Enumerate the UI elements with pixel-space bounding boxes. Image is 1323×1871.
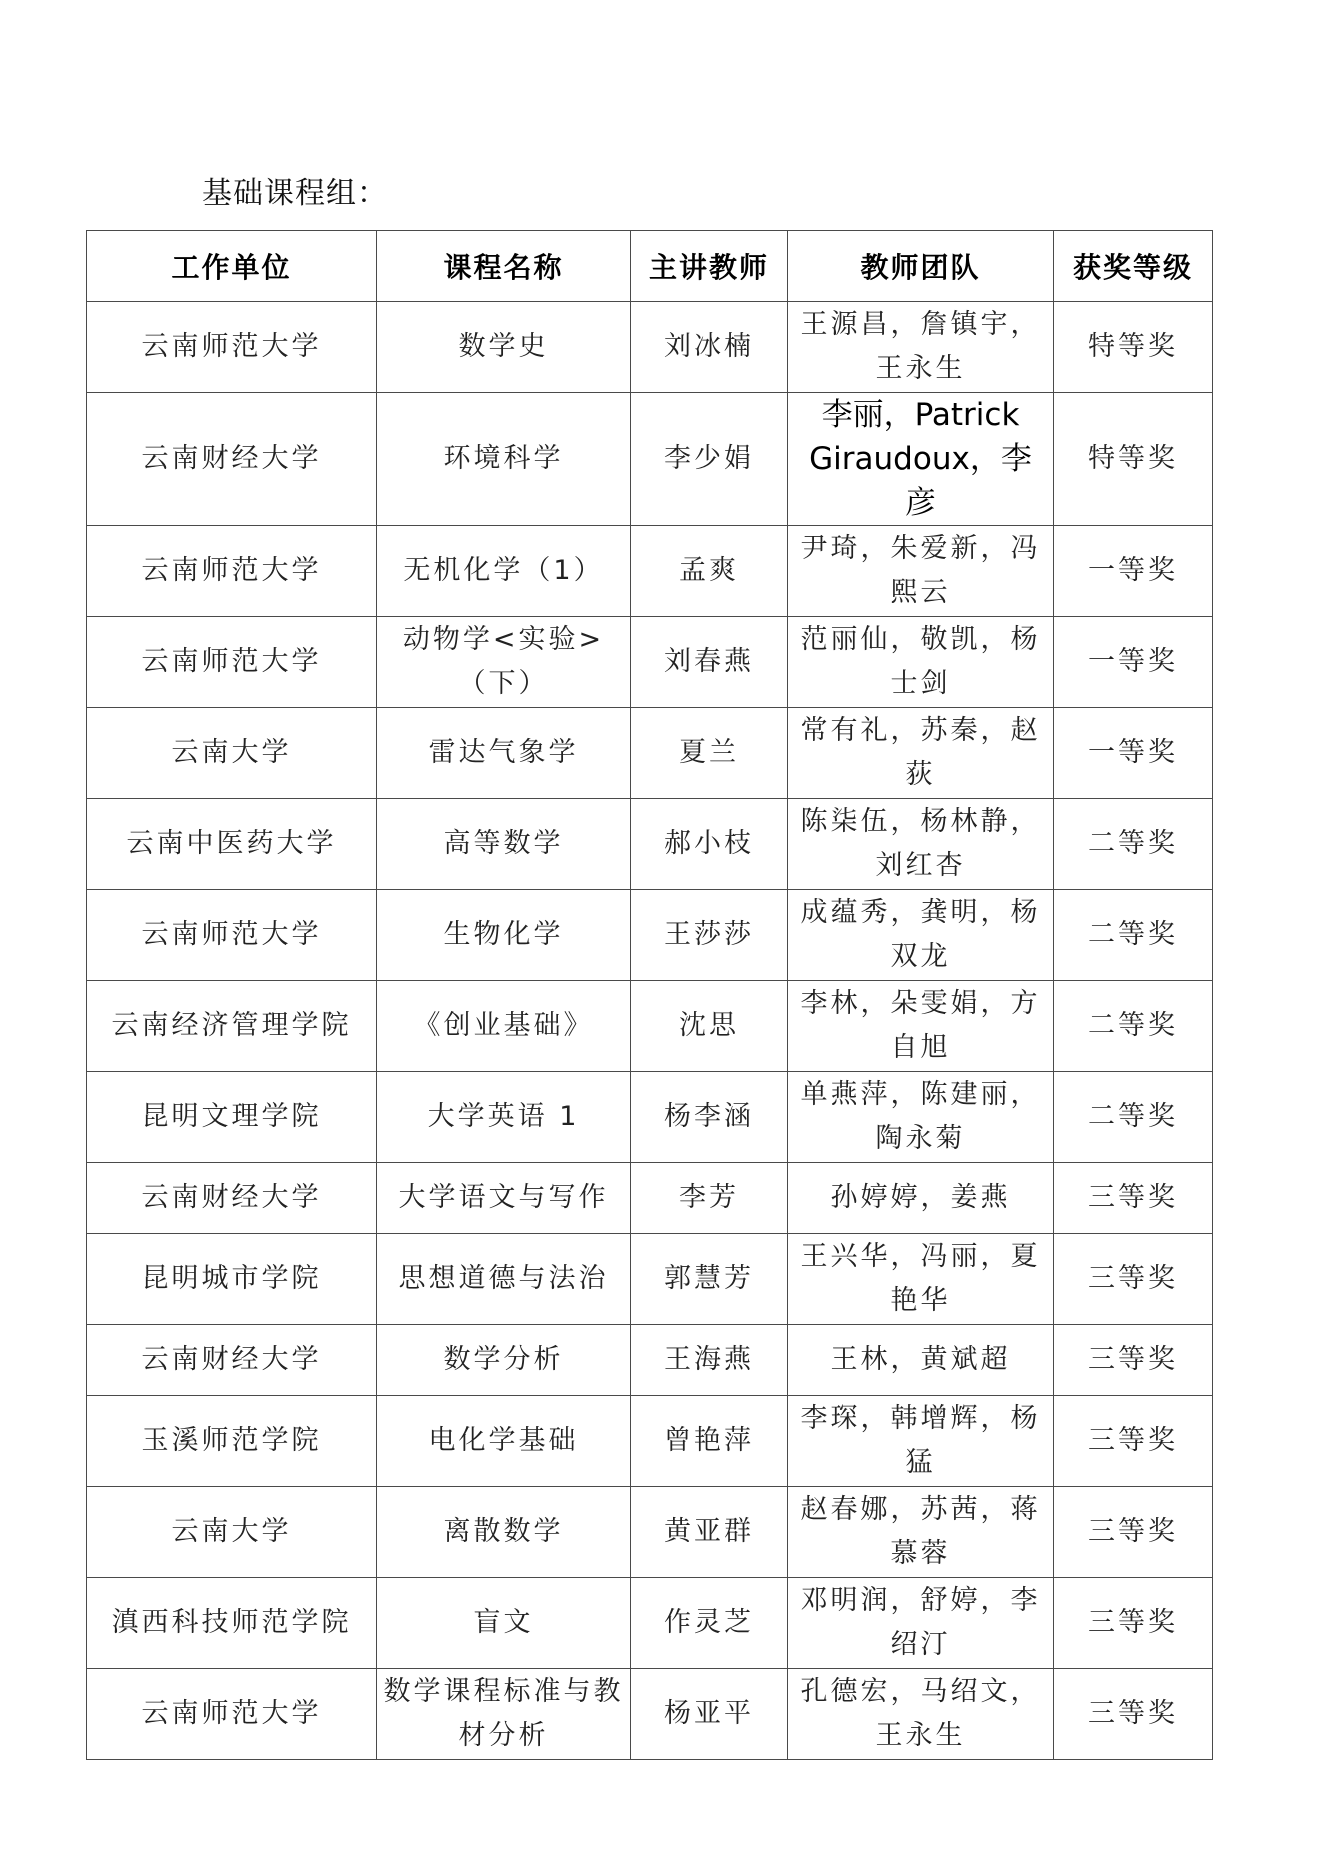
cell-team: 陈柒伍，杨林静，刘红杏 (788, 799, 1054, 890)
team-line: 王兴华，冯丽，夏 (794, 1235, 1047, 1279)
cell-team: 孙婷婷，姜燕 (788, 1163, 1054, 1234)
cell-award: 一等奖 (1054, 617, 1213, 708)
cell-course: 大学语文与写作 (377, 1163, 631, 1234)
cell-award: 三等奖 (1054, 1669, 1213, 1760)
header-unit: 工作单位 (87, 231, 377, 302)
cell-lecturer: 孟爽 (631, 526, 788, 617)
cell-award: 三等奖 (1054, 1396, 1213, 1487)
table-row: 云南财经大学 环境科学 李少娟 李丽，PatrickGiraudoux，李彦 特… (87, 393, 1213, 526)
team-line: 孙婷婷，姜燕 (794, 1176, 1047, 1220)
team-line: 成蕴秀，龚明，杨 (794, 891, 1047, 935)
awards-table: 工作单位 课程名称 主讲教师 教师团队 获奖等级 云南师范大学 数学史 刘冰楠 … (86, 230, 1213, 1760)
cell-course: 数学史 (377, 302, 631, 393)
team-line: 猛 (794, 1441, 1047, 1485)
cell-course: 环境科学 (377, 393, 631, 526)
cell-award: 二等奖 (1054, 1072, 1213, 1163)
cell-lecturer: 沈思 (631, 981, 788, 1072)
table-row: 云南师范大学 数学史 刘冰楠 王源昌，詹镇宇，王永生 特等奖 (87, 302, 1213, 393)
table-row: 云南经济管理学院 《创业基础》 沈思 李林，朵雯娟，方自旭 二等奖 (87, 981, 1213, 1072)
cell-team: 王兴华，冯丽，夏艳华 (788, 1234, 1054, 1325)
cell-unit: 云南经济管理学院 (87, 981, 377, 1072)
cell-team: 成蕴秀，龚明，杨双龙 (788, 890, 1054, 981)
team-line: 双龙 (794, 935, 1047, 979)
cell-unit: 昆明文理学院 (87, 1072, 377, 1163)
team-line: 李琛，韩增辉，杨 (794, 1397, 1047, 1441)
header-award: 获奖等级 (1054, 231, 1213, 302)
cell-unit: 云南财经大学 (87, 1325, 377, 1396)
table-row: 云南大学 雷达气象学 夏兰 常有礼，苏秦，赵荻 一等奖 (87, 708, 1213, 799)
cell-lecturer: 黄亚群 (631, 1487, 788, 1578)
cell-lecturer: 王莎莎 (631, 890, 788, 981)
section-title: 基础课程组： (202, 174, 388, 214)
cell-unit: 玉溪师范学院 (87, 1396, 377, 1487)
cell-team: 李丽，PatrickGiraudoux，李彦 (788, 393, 1054, 526)
table-row: 云南师范大学 无机化学（1） 孟爽 尹琦，朱爱新，冯熙云 一等奖 (87, 526, 1213, 617)
table-row: 云南大学 离散数学 黄亚群 赵春娜，苏茜，蒋慕蓉 三等奖 (87, 1487, 1213, 1578)
table-row: 云南财经大学 大学语文与写作 李芳 孙婷婷，姜燕 三等奖 (87, 1163, 1213, 1234)
team-line: 自旭 (794, 1026, 1047, 1070)
cell-award: 二等奖 (1054, 981, 1213, 1072)
cell-lecturer: 作灵芝 (631, 1578, 788, 1669)
cell-award: 三等奖 (1054, 1325, 1213, 1396)
team-line: 刘红杏 (794, 844, 1047, 888)
cell-team: 邓明润，舒婷，李绍汀 (788, 1578, 1054, 1669)
team-line: 赵春娜，苏茜，蒋 (794, 1488, 1047, 1532)
team-line: 陶永菊 (794, 1117, 1047, 1161)
team-line: 王源昌，詹镇宇， (794, 303, 1047, 347)
cell-course: 大学英语 1 (377, 1072, 631, 1163)
cell-award: 三等奖 (1054, 1578, 1213, 1669)
cell-lecturer: 杨亚平 (631, 1669, 788, 1760)
table-row: 昆明城市学院 思想道德与法治 郭慧芳 王兴华，冯丽，夏艳华 三等奖 (87, 1234, 1213, 1325)
team-line: 王永生 (794, 1714, 1047, 1758)
header-course: 课程名称 (377, 231, 631, 302)
team-line: 熙云 (794, 571, 1047, 615)
cell-award: 二等奖 (1054, 890, 1213, 981)
team-line: Giraudoux，李彦 (794, 437, 1047, 525)
team-line: 李丽，Patrick (794, 393, 1047, 437)
cell-course: 电化学基础 (377, 1396, 631, 1487)
cell-course: 数学课程标准与教材分析 (377, 1669, 631, 1760)
team-line: 尹琦，朱爱新，冯 (794, 527, 1047, 571)
table-row: 云南财经大学 数学分析 王海燕 王林，黄斌超 三等奖 (87, 1325, 1213, 1396)
cell-team: 范丽仙，敬凯，杨士剑 (788, 617, 1054, 708)
header-team: 教师团队 (788, 231, 1054, 302)
team-line: 孔德宏，马绍文， (794, 1670, 1047, 1714)
cell-course: 雷达气象学 (377, 708, 631, 799)
cell-course: 无机化学（1） (377, 526, 631, 617)
cell-team: 赵春娜，苏茜，蒋慕蓉 (788, 1487, 1054, 1578)
table-row: 云南中医药大学 高等数学 郝小枝 陈柒伍，杨林静，刘红杏 二等奖 (87, 799, 1213, 890)
cell-award: 一等奖 (1054, 708, 1213, 799)
team-line: 李林，朵雯娟，方 (794, 982, 1047, 1026)
cell-course: 生物化学 (377, 890, 631, 981)
cell-award: 三等奖 (1054, 1487, 1213, 1578)
cell-unit: 云南师范大学 (87, 1669, 377, 1760)
team-line: 范丽仙，敬凯，杨 (794, 618, 1047, 662)
cell-award: 特等奖 (1054, 302, 1213, 393)
cell-award: 二等奖 (1054, 799, 1213, 890)
cell-lecturer: 王海燕 (631, 1325, 788, 1396)
cell-course: 《创业基础》 (377, 981, 631, 1072)
team-line: 艳华 (794, 1279, 1047, 1323)
cell-lecturer: 刘冰楠 (631, 302, 788, 393)
cell-unit: 云南大学 (87, 708, 377, 799)
cell-award: 三等奖 (1054, 1163, 1213, 1234)
table-row: 云南师范大学 动物学<实验>（下） 刘春燕 范丽仙，敬凯，杨士剑 一等奖 (87, 617, 1213, 708)
table-row: 玉溪师范学院 电化学基础 曾艳萍 李琛，韩增辉，杨猛 三等奖 (87, 1396, 1213, 1487)
table-row: 昆明文理学院 大学英语 1 杨李涵 单燕萍，陈建丽，陶永菊 二等奖 (87, 1072, 1213, 1163)
cell-course: 盲文 (377, 1578, 631, 1669)
cell-unit: 昆明城市学院 (87, 1234, 377, 1325)
cell-award: 特等奖 (1054, 393, 1213, 526)
team-line: 常有礼，苏秦，赵 (794, 709, 1047, 753)
cell-team: 李琛，韩增辉，杨猛 (788, 1396, 1054, 1487)
cell-unit: 滇西科技师范学院 (87, 1578, 377, 1669)
team-line: 单燕萍，陈建丽， (794, 1073, 1047, 1117)
cell-unit: 云南师范大学 (87, 617, 377, 708)
team-line: 士剑 (794, 662, 1047, 706)
cell-course: 离散数学 (377, 1487, 631, 1578)
cell-lecturer: 李少娟 (631, 393, 788, 526)
cell-team: 尹琦，朱爱新，冯熙云 (788, 526, 1054, 617)
cell-award: 一等奖 (1054, 526, 1213, 617)
table-row: 云南师范大学 数学课程标准与教材分析 杨亚平 孔德宏，马绍文，王永生 三等奖 (87, 1669, 1213, 1760)
cell-unit: 云南大学 (87, 1487, 377, 1578)
cell-lecturer: 郝小枝 (631, 799, 788, 890)
cell-team: 单燕萍，陈建丽，陶永菊 (788, 1072, 1054, 1163)
team-line: 陈柒伍，杨林静， (794, 800, 1047, 844)
cell-course: 数学分析 (377, 1325, 631, 1396)
cell-team: 王源昌，詹镇宇，王永生 (788, 302, 1054, 393)
cell-unit: 云南师范大学 (87, 890, 377, 981)
cell-lecturer: 刘春燕 (631, 617, 788, 708)
cell-team: 王林，黄斌超 (788, 1325, 1054, 1396)
cell-unit: 云南财经大学 (87, 393, 377, 526)
cell-course: 高等数学 (377, 799, 631, 890)
cell-team: 常有礼，苏秦，赵荻 (788, 708, 1054, 799)
cell-course: 动物学<实验>（下） (377, 617, 631, 708)
cell-award: 三等奖 (1054, 1234, 1213, 1325)
cell-lecturer: 杨李涵 (631, 1072, 788, 1163)
cell-lecturer: 曾艳萍 (631, 1396, 788, 1487)
cell-unit: 云南中医药大学 (87, 799, 377, 890)
cell-team: 孔德宏，马绍文，王永生 (788, 1669, 1054, 1760)
cell-course: 思想道德与法治 (377, 1234, 631, 1325)
table-row: 云南师范大学 生物化学 王莎莎 成蕴秀，龚明，杨双龙 二等奖 (87, 890, 1213, 981)
team-line: 慕蓉 (794, 1532, 1047, 1576)
cell-lecturer: 李芳 (631, 1163, 788, 1234)
cell-team: 李林，朵雯娟，方自旭 (788, 981, 1054, 1072)
table-row: 滇西科技师范学院 盲文 作灵芝 邓明润，舒婷，李绍汀 三等奖 (87, 1578, 1213, 1669)
team-line: 王林，黄斌超 (794, 1338, 1047, 1382)
team-line: 荻 (794, 753, 1047, 797)
header-lecturer: 主讲教师 (631, 231, 788, 302)
team-line: 绍汀 (794, 1623, 1047, 1667)
cell-unit: 云南财经大学 (87, 1163, 377, 1234)
table-header-row: 工作单位 课程名称 主讲教师 教师团队 获奖等级 (87, 231, 1213, 302)
cell-unit: 云南师范大学 (87, 302, 377, 393)
team-line: 王永生 (794, 347, 1047, 391)
cell-lecturer: 郭慧芳 (631, 1234, 788, 1325)
cell-lecturer: 夏兰 (631, 708, 788, 799)
team-line: 邓明润，舒婷，李 (794, 1579, 1047, 1623)
cell-unit: 云南师范大学 (87, 526, 377, 617)
